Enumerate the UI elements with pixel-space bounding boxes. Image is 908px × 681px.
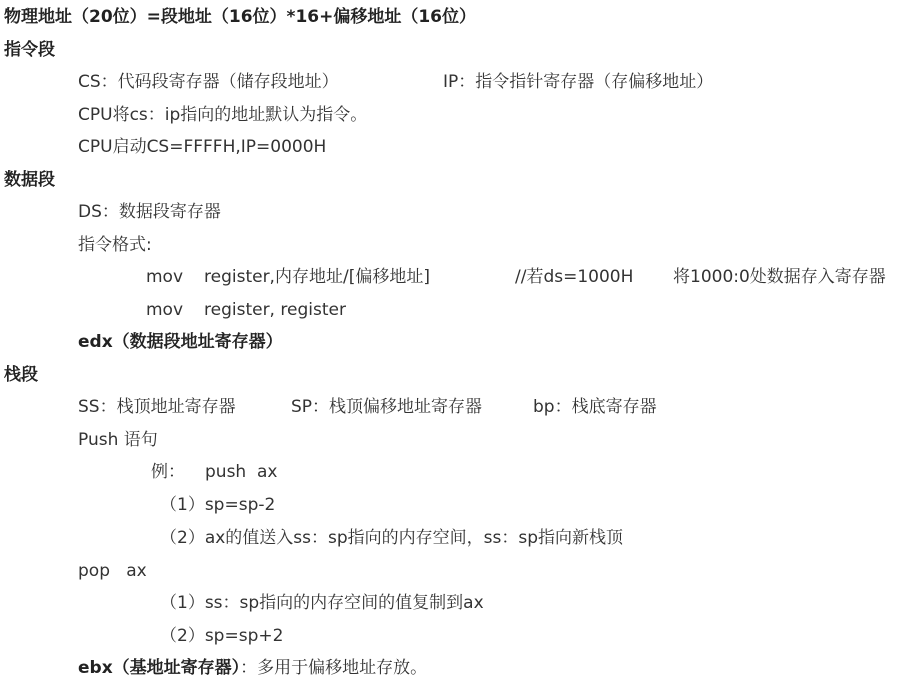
push-step: （1）sp=sp-2 — [160, 494, 275, 516]
cpu-startup-values: CPU启动CS=FFFFH,IP=0000H — [78, 136, 326, 158]
bp-register-description: bp：栈底寄存器 — [533, 396, 657, 418]
instruction-operands: register, register — [204, 299, 346, 321]
push-step: （2）ax的值送入ss：sp指向的内存空间，ss：sp指向新栈顶 — [160, 527, 623, 549]
push-example-code: push ax — [205, 461, 277, 483]
ebx-register-term: ebx（基地址寄存器） — [78, 658, 240, 678]
section-heading-stack-segment: 栈段 — [4, 364, 38, 386]
instruction-op: mov — [146, 266, 183, 288]
ss-register-description: SS：栈顶地址寄存器 — [78, 396, 236, 418]
instruction-op: mov — [146, 299, 183, 321]
pop-statement-label: pop ax — [78, 560, 147, 582]
sp-register-description: SP：栈顶偏移地址寄存器 — [291, 396, 482, 418]
instruction-operands: register,内存地址/[偏移地址] — [204, 266, 430, 288]
ebx-register-description: ：多用于偏移地址存放。 — [240, 658, 427, 678]
push-example-label: 例： — [151, 461, 185, 483]
pop-step: （2）sp=sp+2 — [160, 625, 283, 647]
ip-register-description: IP：指令指针寄存器（存偏移地址） — [443, 71, 713, 93]
instruction-note: 将1000:0处数据存入寄存器 — [673, 266, 886, 288]
section-heading-data-segment: 数据段 — [4, 169, 55, 191]
cs-register-description: CS：代码段寄存器（储存段地址） — [78, 71, 339, 93]
section-heading-code-segment: 指令段 — [4, 39, 55, 61]
pop-step: （1）ss：sp指向的内存空间的值复制到ax — [160, 592, 484, 614]
cs-ip-instruction-note: CPU将cs：ip指向的地址默认为指令。 — [78, 104, 367, 126]
ds-register-description: DS：数据段寄存器 — [78, 201, 221, 223]
edx-register-note: edx（数据段地址寄存器） — [78, 331, 283, 353]
instruction-comment: //若ds=1000H — [515, 266, 633, 288]
ebx-register-note: ebx（基地址寄存器）：多用于偏移地址存放。 — [78, 657, 427, 679]
push-statement-label: Push 语句 — [78, 429, 158, 451]
address-formula: 物理地址（20位）=段地址（16位）*16+偏移地址（16位） — [4, 6, 476, 28]
instruction-format-label: 指令格式: — [78, 234, 152, 256]
